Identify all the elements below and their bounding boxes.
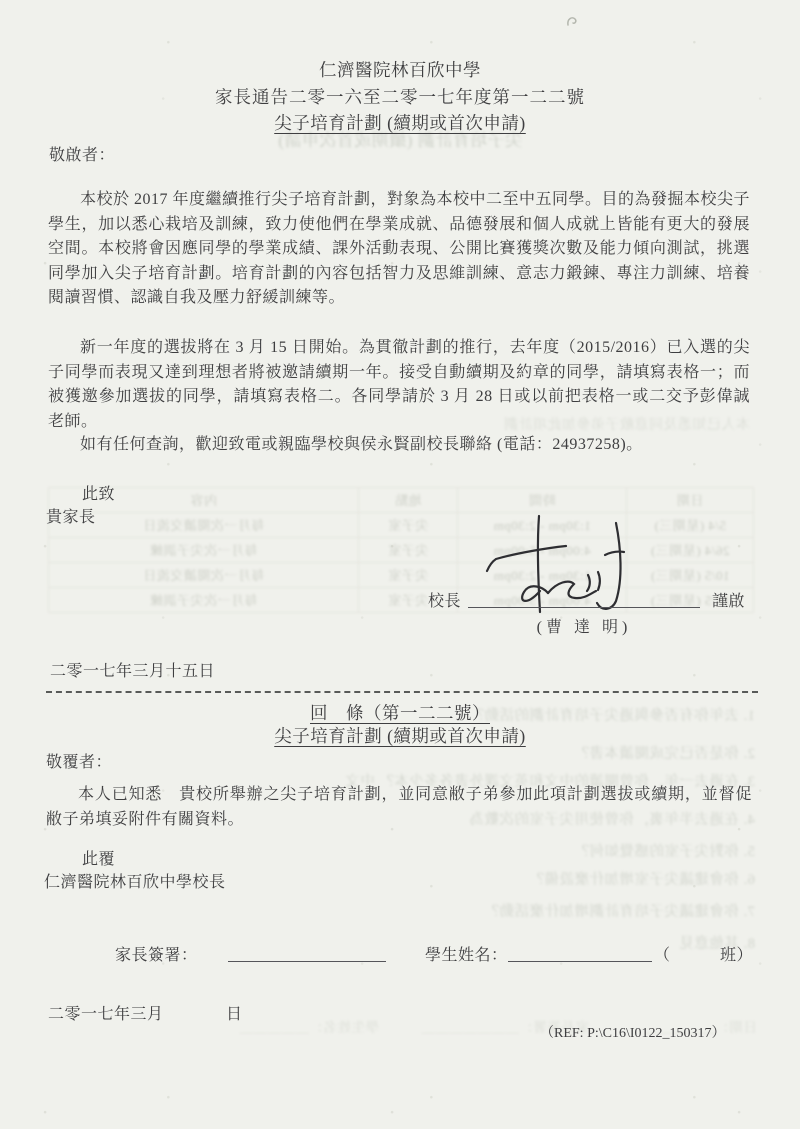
principal-name: (曹 達 明)	[468, 614, 700, 637]
notice-subject: 尖子培育計劃 (續期或首次申請)	[0, 110, 800, 135]
class-field-suffix: （ 班）	[654, 942, 753, 965]
closing-dear-parents: 貴家長	[46, 504, 96, 527]
ghost-line: 7. 你會建議尖子培育計劃增加什麼活動？	[55, 900, 755, 921]
principal-title-label: 校長	[428, 588, 461, 611]
reply-body: 本人已知悉 貴校所舉辦之尖子培育計劃，並同意敝子弟參加此項計劃選拔或續期，並督促…	[46, 783, 752, 832]
reply-addressee-principal: 仁濟醫院林百欣中學校長	[44, 869, 226, 892]
ghost-cell: 26/4 (星期三)	[627, 538, 754, 563]
salutation: 敬啟者：	[49, 142, 115, 165]
reply-date-line: 二零一七年三月 日	[48, 1001, 243, 1024]
reply-slip-title: 回 條（第一二二號）	[0, 700, 800, 725]
notice-number-line: 家長通告二零一六至二零一七年度第一二二號	[0, 84, 800, 109]
ghost-line: 5. 你對尖子室的感覺如何？	[55, 840, 755, 861]
ghost-cell: 10/5 (星期三)	[627, 563, 754, 588]
student-name-label: 學生姓名：	[425, 942, 508, 965]
ghost-cell: 5/4 (星期三)	[627, 513, 754, 538]
ghost-cell: 每月一次尖子訓練	[49, 538, 359, 563]
cut-here-divider	[46, 691, 758, 693]
ghost-cell: 時間	[457, 488, 626, 513]
ghost-cell: 尖子室	[359, 538, 458, 563]
principal-signature-line	[468, 589, 700, 608]
parent-signature-label: 家長簽署：	[115, 942, 198, 965]
reply-date-day-label: 日	[226, 1006, 243, 1023]
ghost-cell: 每月一次閱讀交流日	[49, 563, 359, 588]
letter-paragraph-2: 新一年度的選拔將在 3 月 15 日開始。為貫徹計劃的推行，去年度（2015/2…	[48, 336, 750, 434]
student-name-field	[508, 942, 652, 962]
respectfully-label: 謹啟	[712, 588, 745, 611]
scanned-notice-page: 尖子培育計劃 (續期或首次申請) 本人已知悉及同意敝子弟參加此項計劃 日期 時間…	[0, 0, 800, 1129]
reply-date-month: 二零一七年三月	[48, 1006, 164, 1023]
letter-paragraph-1: 本校於 2017 年度繼續推行尖子培育計劃，對象為本校中二至中五同學。目的為發掘…	[48, 188, 750, 311]
letter-date: 二零一七年三月十五日	[50, 658, 215, 681]
reply-salutation: 敬覆者：	[46, 749, 112, 772]
ghost-cell: 每月一次尖子訓練	[49, 588, 359, 613]
ghost-cell: 地點	[359, 488, 458, 513]
closing-cizhi: 此致	[82, 481, 115, 504]
ghost-cell: 尖子室	[359, 563, 458, 588]
ghost-cell: 尖子室	[359, 513, 458, 538]
school-name: 仁濟醫院林百欣中學	[0, 57, 800, 82]
scan-artifact-mark	[565, 12, 589, 30]
parent-signature-field	[228, 942, 386, 962]
letter-paragraph-3: 如有任何查詢，歡迎致電或親臨學校與侯永賢副校長聯絡 (電話：24937258)。	[48, 433, 750, 458]
reference-number: （REF: P:\C16\I0122_150317）	[540, 1022, 768, 1042]
reply-closing-cifu: 此覆	[82, 846, 115, 869]
ghost-cell: 日期	[627, 488, 754, 513]
reply-slip-subtitle: 尖子培育計劃 (續期或首次申請)	[0, 723, 800, 748]
